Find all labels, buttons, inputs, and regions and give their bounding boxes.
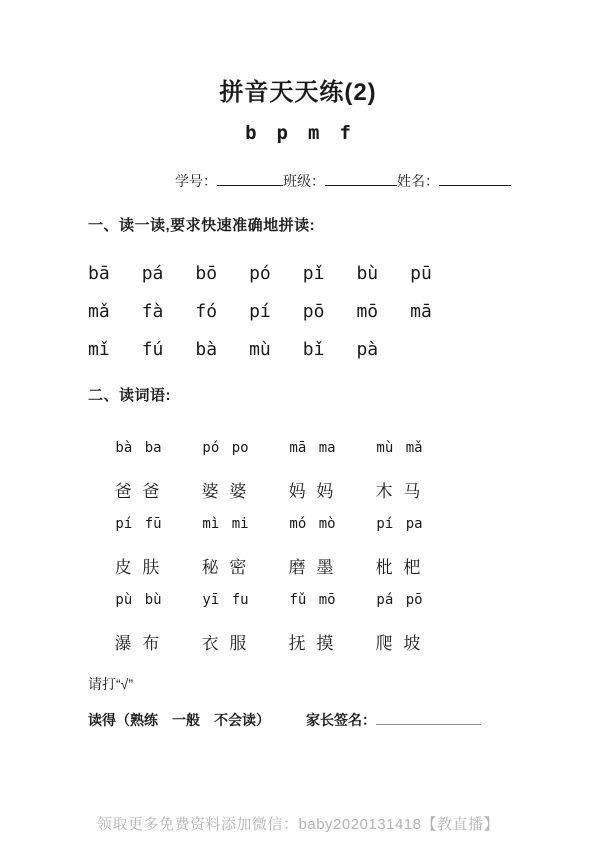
- name-label: 姓名：: [397, 173, 439, 189]
- word-pinyin: mù mǎ: [356, 440, 443, 477]
- word-pinyin: pù bù: [95, 592, 182, 629]
- word-cell: pù bù 瀑 布: [95, 592, 182, 668]
- word-hanzi: 爬 坡: [356, 629, 443, 654]
- class-label: 班级：: [283, 173, 325, 189]
- pinyin-syllable: mù: [249, 339, 271, 360]
- word-cell: bà ba 爸 爸: [95, 440, 182, 516]
- pinyin-syllable: pū: [410, 263, 432, 284]
- word-cell: pá pō 爬 坡: [356, 592, 443, 668]
- section2-heading: 二、读词语:: [88, 384, 171, 405]
- word-pinyin: bà ba: [95, 440, 182, 477]
- worksheet-page: 拼音天天练(2) b p m f 学号：班级：姓名： 一、读一读,要求快速准确地…: [0, 0, 596, 842]
- word-hanzi: 秘 密: [182, 553, 269, 578]
- word-cell: pí pa 枇 杷: [356, 516, 443, 592]
- initials-row: b p m f: [0, 122, 596, 144]
- pinyin-syllable: bù: [356, 263, 378, 284]
- pinyin-syllable: pǐ: [303, 263, 325, 284]
- class-blank-line: [325, 171, 397, 186]
- word-pinyin: pá pō: [356, 592, 443, 629]
- pinyin-syllable: pó: [249, 263, 271, 284]
- pinyin-syllable: mǐ: [88, 339, 110, 360]
- word-pinyin: pó po: [182, 440, 269, 477]
- word-hanzi: 婆 婆: [182, 477, 269, 502]
- pinyin-syllable: pí: [249, 301, 271, 322]
- student-id-blank-line: [217, 171, 283, 186]
- rating-label: 读得（熟练 一般 不会读）: [88, 712, 270, 728]
- signature-blank-line: [376, 710, 481, 725]
- name-blank-line: [439, 171, 511, 186]
- word-pinyin: pí pa: [356, 516, 443, 553]
- student-id-label: 学号：: [175, 173, 217, 189]
- initial-letter: m: [308, 122, 319, 144]
- word-hanzi: 衣 服: [182, 629, 269, 654]
- pinyin-syllable: fó: [195, 301, 217, 322]
- initial-letter: p: [277, 122, 288, 144]
- word-pinyin: mā ma: [269, 440, 356, 477]
- pinyin-row: bā pá bō pó pǐ bù pū: [88, 263, 432, 284]
- pinyin-row: mǎ fà fó pí pō mō mā: [88, 301, 432, 322]
- word-cell: mó mò 磨 墨: [269, 516, 356, 592]
- section1-heading: 一、读一读,要求快速准确地拼读:: [88, 214, 315, 235]
- word-hanzi: 抚 摸: [269, 629, 356, 654]
- word-cell: yī fu 衣 服: [182, 592, 269, 668]
- pinyin-syllable: bō: [195, 263, 217, 284]
- word-cell: pó po 婆 婆: [182, 440, 269, 516]
- pinyin-syllable: mā: [410, 301, 432, 322]
- word-hanzi: 妈 妈: [269, 477, 356, 502]
- word-cell: mā ma 妈 妈: [269, 440, 356, 516]
- pinyin-syllable: bǐ: [303, 339, 325, 360]
- initial-letter: f: [339, 122, 350, 144]
- pinyin-syllable: bà: [195, 339, 217, 360]
- word-hanzi: 皮 肤: [95, 553, 182, 578]
- pinyin-syllable: fà: [142, 301, 164, 322]
- word-pinyin: mì mi: [182, 516, 269, 553]
- word-cell: fǔ mō 抚 摸: [269, 592, 356, 668]
- pinyin-syllable: mǎ: [88, 301, 110, 322]
- pinyin-syllable: pō: [303, 301, 325, 322]
- word-pinyin: yī fu: [182, 592, 269, 629]
- word-hanzi: 磨 墨: [269, 553, 356, 578]
- word-cell: mù mǎ 木 马: [356, 440, 443, 516]
- pinyin-syllable: bā: [88, 263, 110, 284]
- word-pinyin: pí fū: [95, 516, 182, 553]
- word-hanzi: 瀑 布: [95, 629, 182, 654]
- word-pinyin: mó mò: [269, 516, 356, 553]
- signature-label: 家长签名：: [306, 712, 376, 728]
- rating-line: 读得（熟练 一般 不会读）家长签名：: [88, 710, 481, 730]
- word-hanzi: 爸 爸: [95, 477, 182, 502]
- student-info-line: 学号：班级：姓名：: [175, 171, 511, 191]
- word-cell: mì mi 秘 密: [182, 516, 269, 592]
- word-pinyin: fǔ mō: [269, 592, 356, 629]
- page-title: 拼音天天练(2): [0, 72, 596, 107]
- pinyin-syllable: pà: [356, 339, 378, 360]
- pinyin-syllable: pá: [142, 263, 164, 284]
- promo-footer-text: 领取更多免费资料添加微信：baby2020131418【教直播】: [0, 813, 596, 834]
- initial-letter: b: [245, 122, 256, 144]
- word-cell: pí fū 皮 肤: [95, 516, 182, 592]
- word-hanzi: 木 马: [356, 477, 443, 502]
- pinyin-syllable: fú: [142, 339, 164, 360]
- pinyin-row: mǐ fú bà mù bǐ pà: [88, 339, 378, 360]
- word-hanzi: 枇 杷: [356, 553, 443, 578]
- pinyin-syllable: mō: [356, 301, 378, 322]
- words-grid: bà ba 爸 爸 pó po 婆 婆 mā ma 妈 妈 mù mǎ 木 马 …: [95, 440, 443, 668]
- tick-instruction: 请打“√”: [88, 674, 133, 694]
